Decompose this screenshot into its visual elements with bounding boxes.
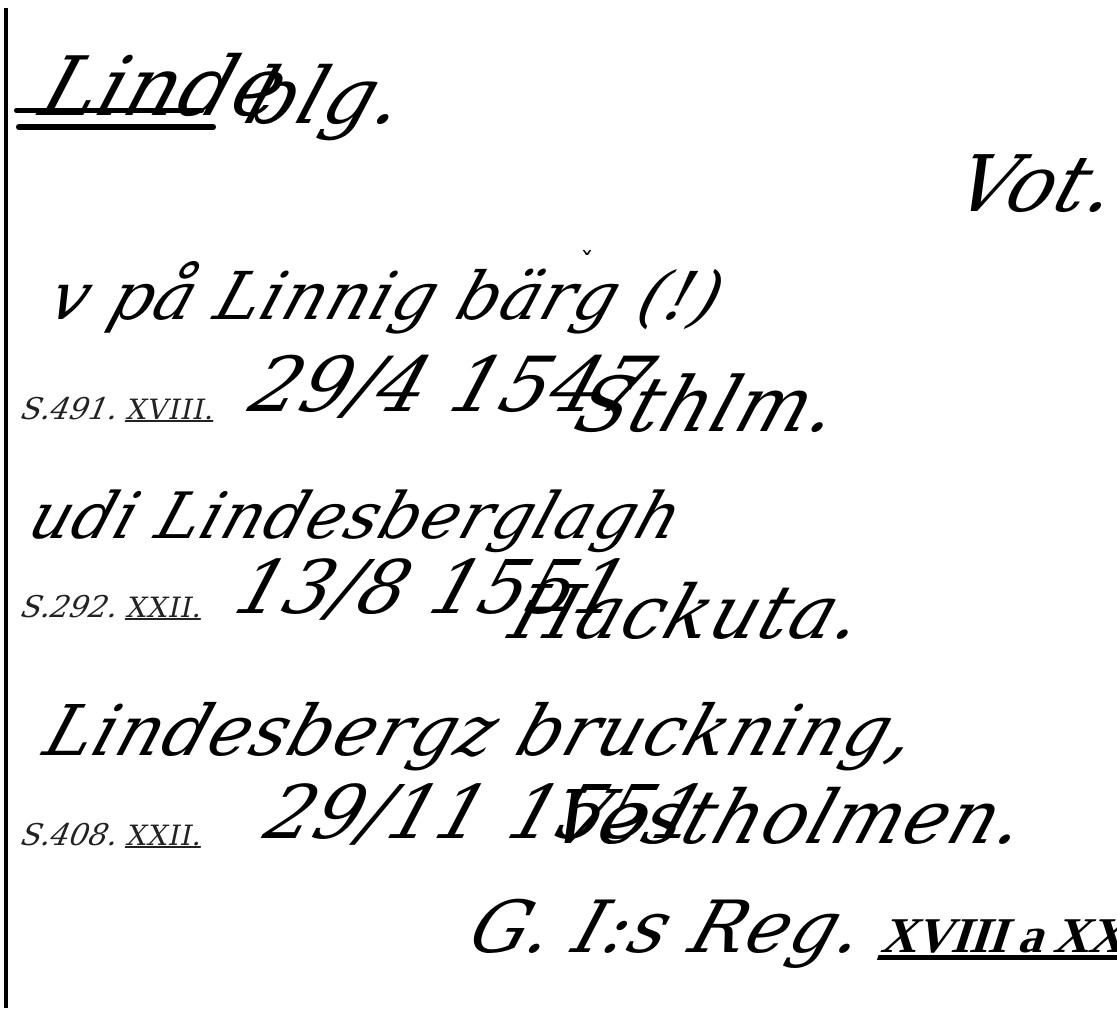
entry-2-reference: S.292. XXII. [18,590,207,625]
entry-1-heading: v på Linnig bärg (!) [40,258,735,335]
entry-1-reference: S.491. XVIII. [18,392,219,427]
entry-1-place: Sthlm. [565,360,852,449]
card-left-border [4,8,8,1008]
caret-mark-icon: ˇ [580,246,594,279]
entry-3-page: S.408. [18,818,121,853]
entry-2-heading: udi Lindesberglagh [20,480,692,554]
entry-2-page: S.292. [18,590,121,625]
title-double-underline [16,124,216,130]
archival-index-card: Linde blg. Vot. v på Linnig bärg (!) ˇ S… [0,0,1117,1011]
entry-3-place: Vestholmen. [540,775,1038,861]
citation-source: G. I:s Reg. [460,885,877,969]
entry-3-volume: XXII. [124,819,207,852]
entry-2-place: Hackuta. [500,570,876,656]
entry-3-heading: Lindesbergz bruckning, [35,690,928,772]
card-title-suffix: blg. [235,52,418,142]
source-citation: G. I:s Reg. XVIII a XXII. [460,885,1117,969]
entry-1-volume: XVIII. [124,393,219,426]
corner-mark: Vot. [945,140,1117,230]
entry-1-page: S.491. [18,392,121,427]
entry-3-reference: S.408. XXII. [18,818,207,853]
entry-2-volume: XXII. [124,591,207,624]
citation-volumes: XVIII a XXII. [876,907,1117,963]
title-underline [14,108,204,113]
